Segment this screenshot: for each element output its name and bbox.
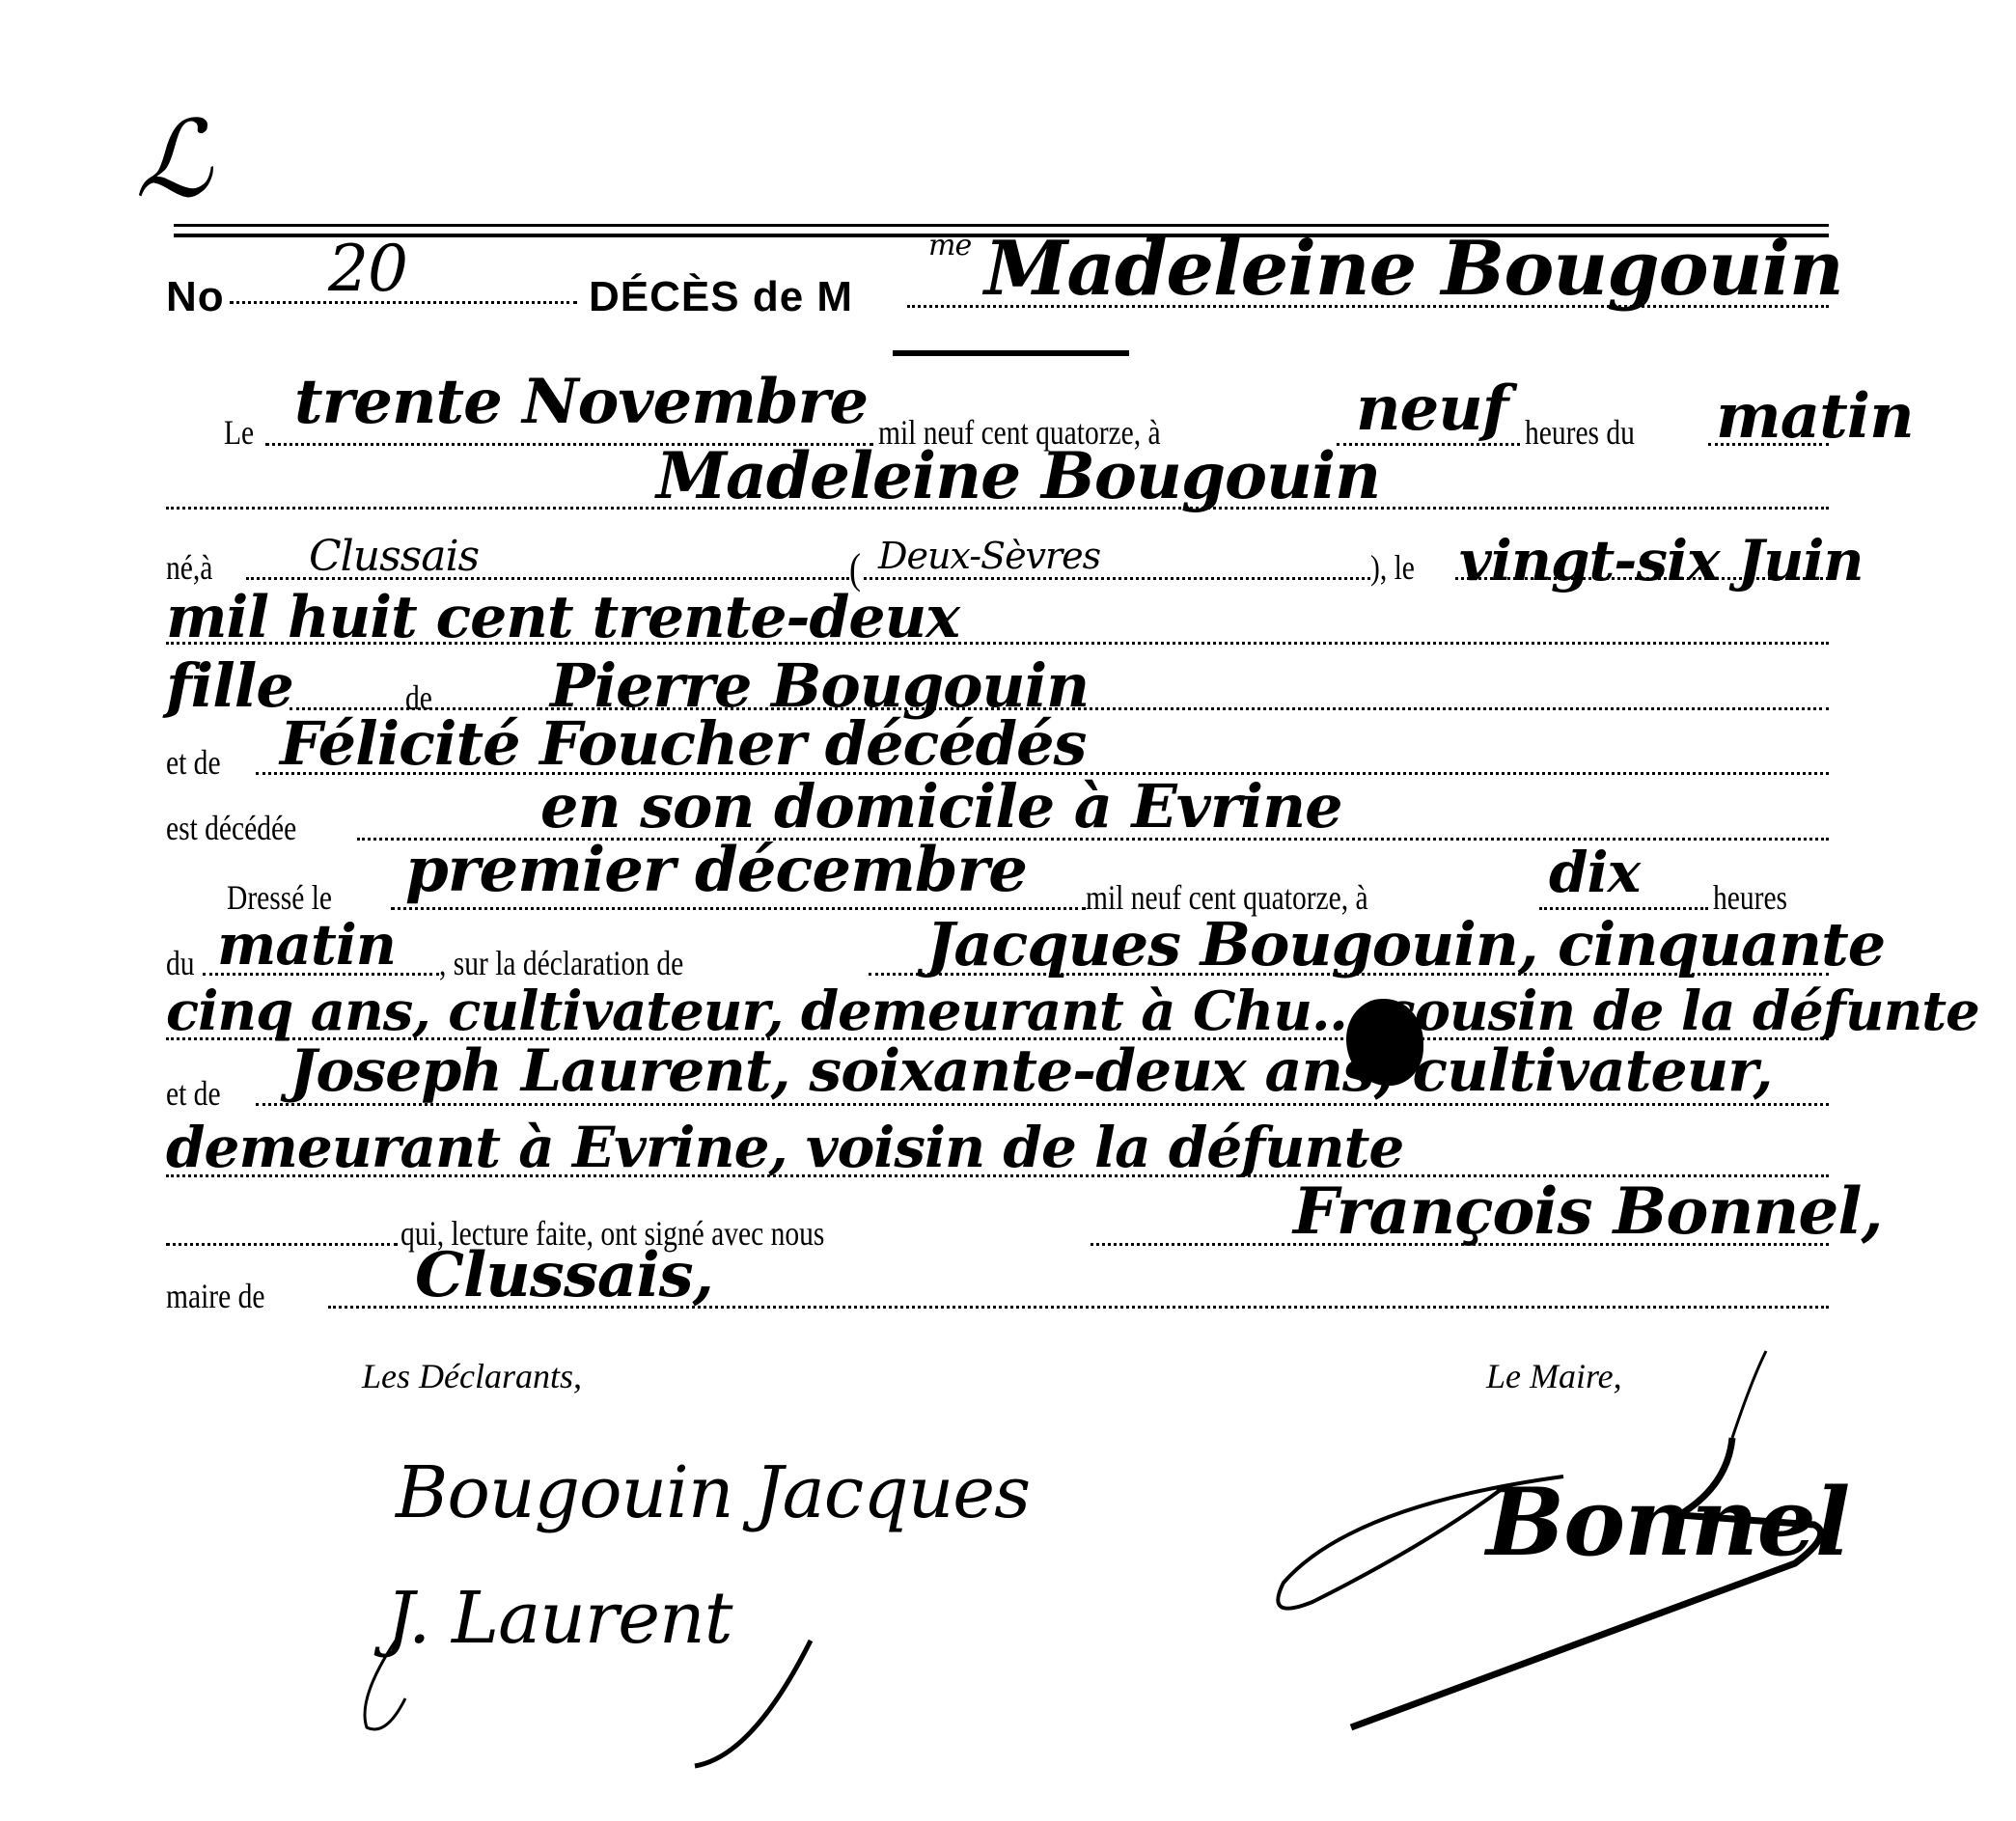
mayor-signature-flourish (0, 0, 2016, 1821)
